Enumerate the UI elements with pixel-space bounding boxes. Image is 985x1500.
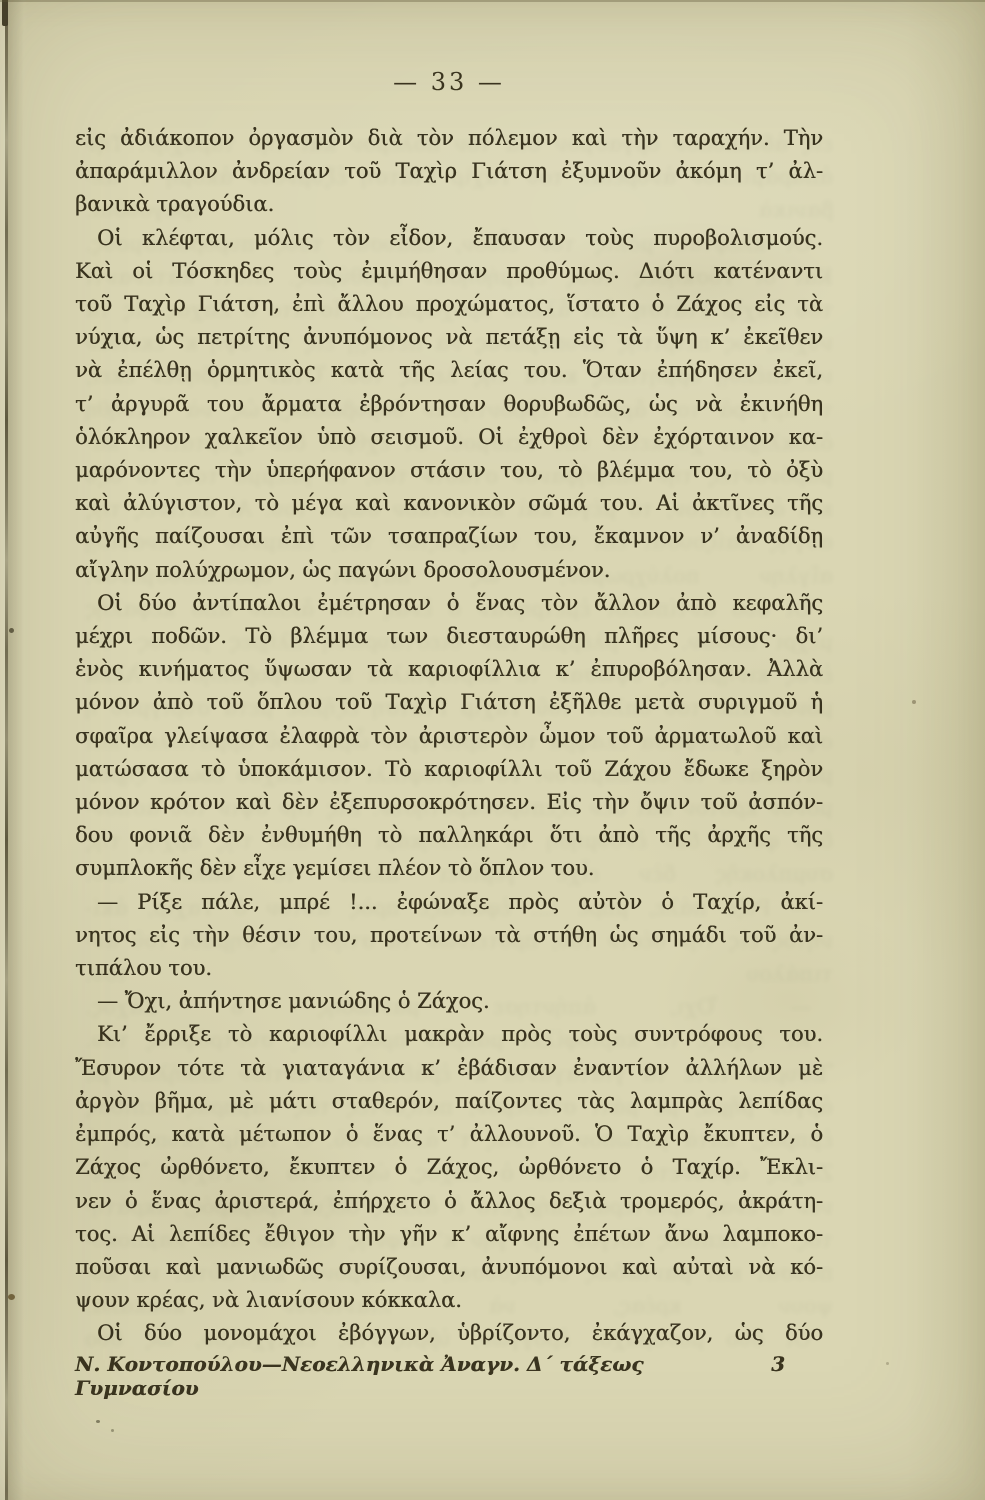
text-line: ἀργὸν βῆμα, μὲ μάτι σταθερόν, παίζοντες … xyxy=(75,1085,823,1118)
text-line: ἑνὸς κινήματος ὕψωσαν τὰ καριοφίλλια κ’ … xyxy=(75,653,823,686)
text-line: μαρόνοντες τὴν ὑπερήφανον στάσιν του, τὸ… xyxy=(75,454,823,487)
footer: Ν. Κοντοπούλου—Νεοελληνικὰ Ἀναγν. Δ΄ τάξ… xyxy=(75,1352,785,1400)
text-line: νύχια, ὡς πετρίτης ἀνυπόμονος νὰ πετάξῃ … xyxy=(75,321,823,354)
text-line: ἀπαράμιλλον ἀνδρείαν τοῦ Ταχὶρ Γιάτση ἐξ… xyxy=(75,155,823,188)
text-line: τοῦ Ταχὶρ Γιάτση, ἐπὶ ἄλλου προχώματος, … xyxy=(75,288,823,321)
scan-artifact-speck xyxy=(912,700,916,704)
page-edge-shadow xyxy=(8,0,24,1500)
scan-artifact-speck xyxy=(886,1362,889,1365)
text-line: μόνον ἀπὸ τοῦ ὅπλου τοῦ Ταχὶρ Γιάτση ἐξῆ… xyxy=(75,686,823,719)
text-line: τ’ ἀργυρᾶ του ἄρματα ἐβρόντησαν θορυβωδῶ… xyxy=(75,388,823,421)
text-line: αἴγλην πολύχρωμον, ὡς παγώνι δροσολουσμέ… xyxy=(75,554,823,587)
page-top-edge xyxy=(0,0,985,2)
text-line: Οἱ δύο μονομάχοι ἐβόγγων, ὑβρίζοντο, ἐκά… xyxy=(75,1317,823,1350)
text-line: Ζάχος ὠρθόνετο, ἔκυπτεν ὁ Ζάχος, ὠρθόνετ… xyxy=(75,1151,823,1184)
text-line: εἰς ἀδιάκοπον ὀργασμὸν διὰ τὸν πόλεμον κ… xyxy=(75,122,823,155)
text-line: ψουν κρέας, νὰ λιανίσουν κόκκαλα. xyxy=(75,1284,823,1317)
text-line: νητος εἰς τὴν θέσιν του, προτείνων τὰ στ… xyxy=(75,919,823,952)
text-line: τιπάλου του. xyxy=(75,952,823,985)
text-line: Οἱ δύο ἀντίπαλοι ἐμέτρησαν ὁ ἕνας τὸν ἄλ… xyxy=(75,587,823,620)
text-line: μόνον κρότον καὶ δὲν ἐξεπυρσοκρότησεν. Ε… xyxy=(75,786,823,819)
text-line: νὰ ἐπέλθῃ ὁρμητικὸς κατὰ τῆς λείας του. … xyxy=(75,354,823,387)
text-line: — Ὄχι, ἀπήντησε μανιώδης ὁ Ζάχος. xyxy=(75,985,823,1018)
scanned-book-page: εἰς ἀδιάκοπον ὀργασμὸν διὰ τὸν πόλεμον κ… xyxy=(0,0,985,1500)
text-line: συμπλοκῆς δὲν εἶχε γεμίσει πλέον τὸ ὅπλο… xyxy=(75,852,823,885)
page-edge-cap xyxy=(2,0,8,26)
text-line: σφαῖρα γλείψασα ἐλαφρὰ τὸν ἀριστερὸν ὦμο… xyxy=(75,720,823,753)
scan-artifact-speck xyxy=(111,1429,114,1432)
text-line: ματώσασα τὸ ὑποκάμισον. Τὸ καριοφίλλι το… xyxy=(75,753,823,786)
text-line: αὐγῆς παίζουσαι ἐπὶ τῶν τσαπραζίων του, … xyxy=(75,520,823,553)
text-line: ὁλόκληρον χαλκεῖον ὑπὸ σεισμοῦ. Οἱ ἐχθρο… xyxy=(75,421,823,454)
text-line: τος. Αἱ λεπίδες ἔθιγον τὴν γῆν κ’ αἴφνης… xyxy=(75,1218,823,1251)
text-line: Καὶ οἱ Τόσκηδες τοὺς ἐμιμήθησαν προθύμως… xyxy=(75,255,823,288)
scan-artifact-speck xyxy=(96,1420,100,1423)
page-text: εἰς ἀδιάκοπον ὀργασμὸν διὰ τὸν πόλεμον κ… xyxy=(75,122,823,1351)
footer-signature-number: 3 xyxy=(771,1352,785,1376)
page-number: — 33 — xyxy=(75,68,823,96)
text-line: μέχρι ποδῶν. Τὸ βλέμμα των διεσταυρώθη π… xyxy=(75,620,823,653)
text-line: βανικὰ τραγούδια. xyxy=(75,188,823,221)
footer-imprint: Ν. Κοντοπούλου—Νεοελληνικὰ Ἀναγν. Δ΄ τάξ… xyxy=(75,1352,771,1400)
text-line: Οἱ κλέφται, μόλις τὸν εἶδον, ἔπαυσαν τοὺ… xyxy=(75,222,823,255)
text-line: ἐμπρός, κατὰ μέτωπον ὁ ἕνας τ’ ἀλλουνοῦ.… xyxy=(75,1118,823,1151)
text-line: Κι’ ἔρριξε τὸ καριοφίλλι μακρὰν πρὸς τοὺ… xyxy=(75,1018,823,1051)
text-line: Ἔσυρον τότε τὰ γιαταγάνια κ’ ἐβάδισαν ἐν… xyxy=(75,1052,823,1085)
text-line: ποῦσαι καὶ μανιωδῶς συρίζουσαι, ἀνυπόμον… xyxy=(75,1251,823,1284)
text-line: δου φονιᾶ δὲν ἐνθυμήθη τὸ παλληκάρι ὅτι … xyxy=(75,819,823,852)
text-line: νεν ὁ ἕνας ἀριστερά, ἐπήρχετο ὁ ἄλλος δε… xyxy=(75,1185,823,1218)
text-line: — Ρίξε πάλε, μπρέ !... ἐφώναξε πρὸς αὐτὸ… xyxy=(75,886,823,919)
text-line: καὶ ἀλύγιστον, τὸ μέγα καὶ κανονικὸν σῶμ… xyxy=(75,487,823,520)
